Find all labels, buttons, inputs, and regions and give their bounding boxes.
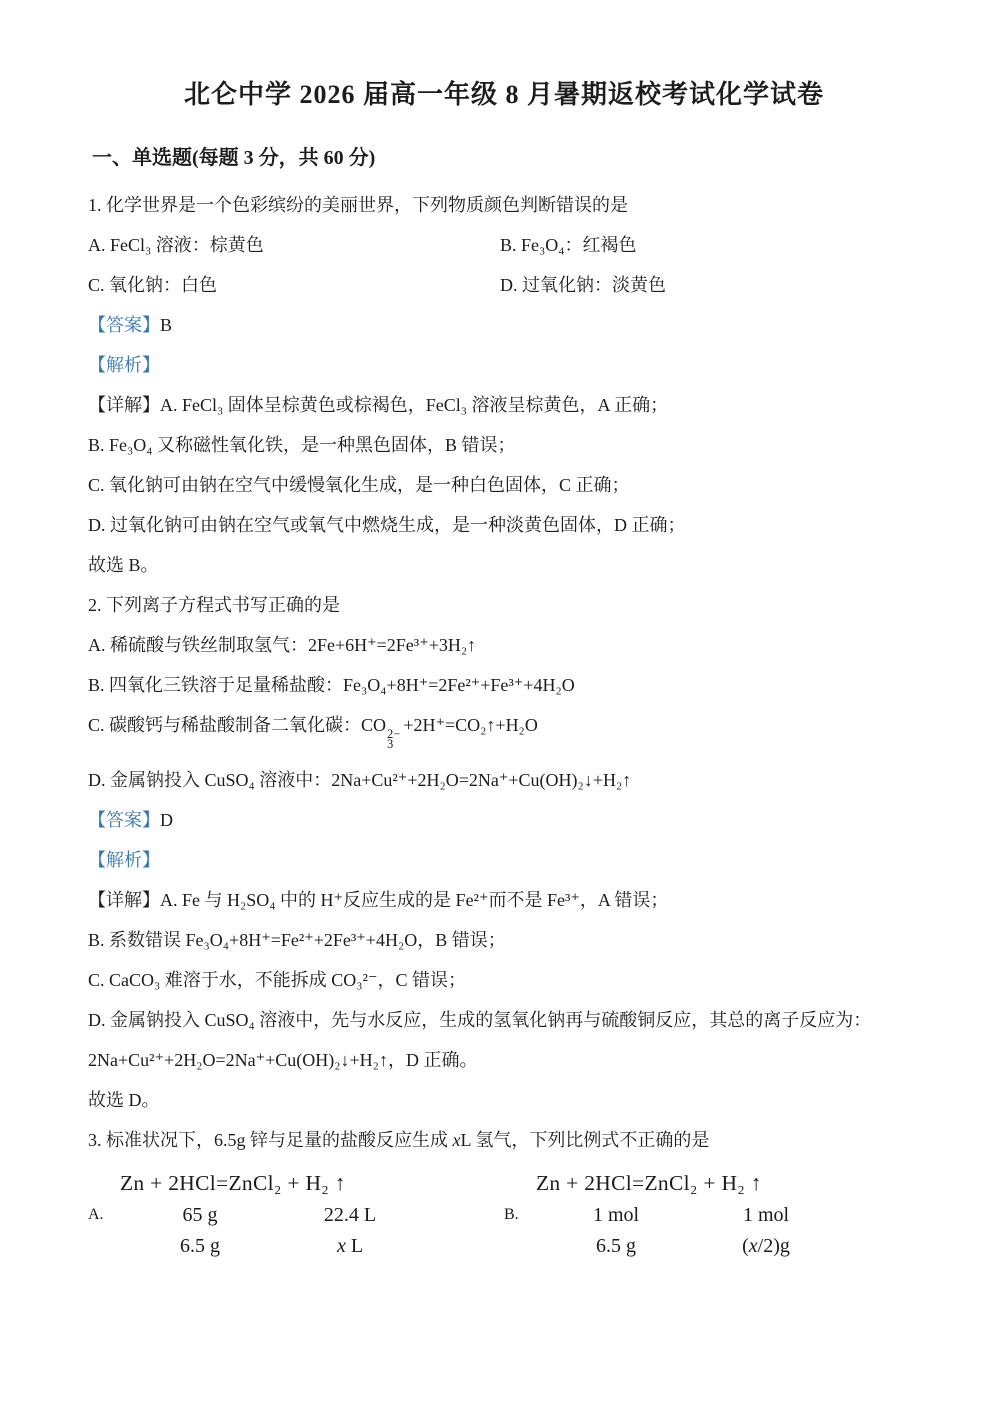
detail-label: 【详解】: [88, 890, 160, 910]
q1-options-row-1: A. FeCl₃ 溶液：棕黄色 B. Fe₃O₄：红褐色: [88, 236, 920, 254]
q3-a-r1c2: 22.4 L: [280, 1204, 420, 1227]
q2-option-d: D. 金属钠投入 CuSO₄ 溶液中：2Na+Cu²⁺+2H₂O=2Na⁺+Cu…: [88, 771, 920, 789]
q2-option-c-post: +2H⁺=CO₂↑+H₂O: [403, 715, 538, 735]
section-heading: 一、单选题(每题 3 分，共 60 分): [92, 141, 920, 170]
analysis-label: 【解析】: [88, 850, 160, 870]
analysis-label: 【解析】: [88, 355, 160, 375]
q1-option-a: A. FeCl₃ 溶液：棕黄色: [88, 236, 500, 254]
q3-option-b: B. Zn + 2HCl=ZnCl₂ + H₂ ↑ 1 mol 1 mol 6.…: [504, 1171, 920, 1266]
q3-stem-variable: x: [453, 1130, 461, 1150]
stacked-ion-charge: 2−3: [387, 729, 400, 749]
q3-stem-pre: 3. 标准状况下，6.5g 锌与足量的盐酸反应生成: [88, 1130, 453, 1150]
q3-b-r2c1: 6.5 g: [536, 1235, 696, 1258]
q3-b-variable: x: [749, 1235, 758, 1257]
q1-detail-d: D. 过氧化钠可由钠在空气或氧气中燃烧生成，是一种淡黄色固体，D 正确；: [88, 516, 920, 534]
q3-a-row-1: 65 g 22.4 L: [120, 1204, 420, 1227]
q2-option-b: B. 四氧化三铁溶于足量稀盐酸：Fe₃O₄+8H⁺=2Fe²⁺+Fe³⁺+4H₂…: [88, 676, 920, 694]
q3-b-r2c2: (x/2)g: [696, 1235, 836, 1258]
answer-label: 【答案】: [88, 315, 160, 335]
q2-detail-c: C. CaCO₃ 难溶于水，不能拆成 CO₃²⁻，C 错误；: [88, 971, 920, 989]
q2-detail-a: 【详解】A. Fe 与 H₂SO₄ 中的 H⁺反应生成的是 Fe²⁺而不是 Fe…: [88, 891, 920, 909]
q2-option-a: A. 稀硫酸与铁丝制取氢气：2Fe+6H⁺=2Fe³⁺+3H₂↑: [88, 636, 920, 654]
q2-option-c-pre: C. 碳酸钙与稀盐酸制备二氧化碳：CO: [88, 715, 386, 735]
ion-subscript: 3: [387, 739, 393, 749]
q3-b-r1c2: 1 mol: [696, 1204, 836, 1227]
q2-option-c: C. 碳酸钙与稀盐酸制备二氧化碳：CO2−3+2H⁺=CO₂↑+H₂O: [88, 716, 920, 749]
q2-stem: 2. 下列离子方程式书写正确的是: [88, 596, 920, 614]
q3-stem: 3. 标准状况下，6.5g 锌与足量的盐酸反应生成 xL 氢气，下列比例式不正确…: [88, 1131, 920, 1149]
q1-option-d: D. 过氧化钠：淡黄色: [500, 276, 666, 294]
q1-answer-value: B: [160, 315, 172, 335]
q2-conclusion: 故选 D。: [88, 1091, 920, 1109]
q3-b-unit: /2)g: [758, 1235, 790, 1257]
q3-b-row-1: 1 mol 1 mol: [536, 1204, 836, 1227]
q3-option-a-proportion: Zn + 2HCl=ZnCl₂ + H₂ ↑ 65 g 22.4 L 6.5 g…: [120, 1171, 420, 1266]
q1-detail-b: B. Fe₃O₄ 又称磁性氧化铁，是一种黑色固体，B 错误；: [88, 436, 920, 454]
q3-a-row-2: 6.5 g x L: [120, 1235, 420, 1258]
q3-stem-post: L 氢气，下列比例式不正确的是: [461, 1130, 710, 1150]
page-title: 北仑中学 2026 届高一年级 8 月暑期返校考试化学试卷: [88, 74, 920, 111]
q1-options-row-2: C. 氧化钠：白色 D. 过氧化钠：淡黄色: [88, 276, 920, 294]
q1-conclusion: 故选 B。: [88, 556, 920, 574]
detail-label: 【详解】: [88, 395, 160, 415]
q3-options-row: A. Zn + 2HCl=ZnCl₂ + H₂ ↑ 65 g 22.4 L 6.…: [88, 1171, 920, 1266]
q1-stem: 1. 化学世界是一个色彩缤纷的美丽世界，下列物质颜色判断错误的是: [88, 196, 920, 214]
q2-answer-value: D: [160, 810, 173, 830]
q2-detail-d-line1: D. 金属钠投入 CuSO₄ 溶液中，先与水反应，生成的氢氧化钠再与硫酸铜反应，…: [88, 1011, 920, 1029]
q3-a-r2c2: x L: [280, 1235, 420, 1258]
q2-detail-a-text: A. Fe 与 H₂SO₄ 中的 H⁺反应生成的是 Fe²⁺而不是 Fe³⁺，A…: [160, 890, 668, 910]
q2-answer-line: 【答案】D: [88, 811, 920, 829]
q3-option-b-label: B.: [504, 1206, 536, 1266]
q3-a-r1c1: 65 g: [120, 1204, 280, 1227]
q1-option-c: C. 氧化钠：白色: [88, 276, 500, 294]
q1-analysis-line: 【解析】: [88, 356, 920, 374]
q1-option-b: B. Fe₃O₄：红褐色: [500, 236, 637, 254]
q2-detail-d-line2: 2Na+Cu²⁺+2H₂O=2Na⁺+Cu(OH)₂↓+H₂↑，D 正确。: [88, 1051, 920, 1069]
chemical-equation: Zn + 2HCl=ZnCl₂ + H₂ ↑: [536, 1171, 836, 1196]
q3-a-variable: x: [337, 1235, 346, 1257]
q1-detail-a-text: A. FeCl₃ 固体呈棕黄色或棕褐色，FeCl₃ 溶液呈棕黄色，A 正确；: [160, 395, 668, 415]
q2-analysis-line: 【解析】: [88, 851, 920, 869]
q3-b-paren-open: (: [742, 1235, 749, 1257]
answer-label: 【答案】: [88, 810, 160, 830]
q1-detail-c: C. 氧化钠可由钠在空气中缓慢氧化生成，是一种白色固体，C 正确；: [88, 476, 920, 494]
q3-a-r2c1: 6.5 g: [120, 1235, 280, 1258]
q3-option-b-proportion: Zn + 2HCl=ZnCl₂ + H₂ ↑ 1 mol 1 mol 6.5 g…: [536, 1171, 836, 1266]
chemical-equation: Zn + 2HCl=ZnCl₂ + H₂ ↑: [120, 1171, 420, 1196]
q1-answer-line: 【答案】B: [88, 316, 920, 334]
q3-option-a-label: A.: [88, 1206, 120, 1266]
q3-b-row-2: 6.5 g (x/2)g: [536, 1235, 836, 1258]
q3-option-a: A. Zn + 2HCl=ZnCl₂ + H₂ ↑ 65 g 22.4 L 6.…: [88, 1171, 504, 1266]
q2-detail-b: B. 系数错误 Fe₃O₄+8H⁺=Fe²⁺+2Fe³⁺+4H₂O，B 错误；: [88, 931, 920, 949]
q1-detail-a: 【详解】A. FeCl₃ 固体呈棕黄色或棕褐色，FeCl₃ 溶液呈棕黄色，A 正…: [88, 396, 920, 414]
q3-a-unit: L: [346, 1235, 363, 1257]
q3-b-r1c1: 1 mol: [536, 1204, 696, 1227]
exam-paper-page: 北仑中学 2026 届高一年级 8 月暑期返校考试化学试卷 一、单选题(每题 3…: [0, 0, 1000, 1414]
